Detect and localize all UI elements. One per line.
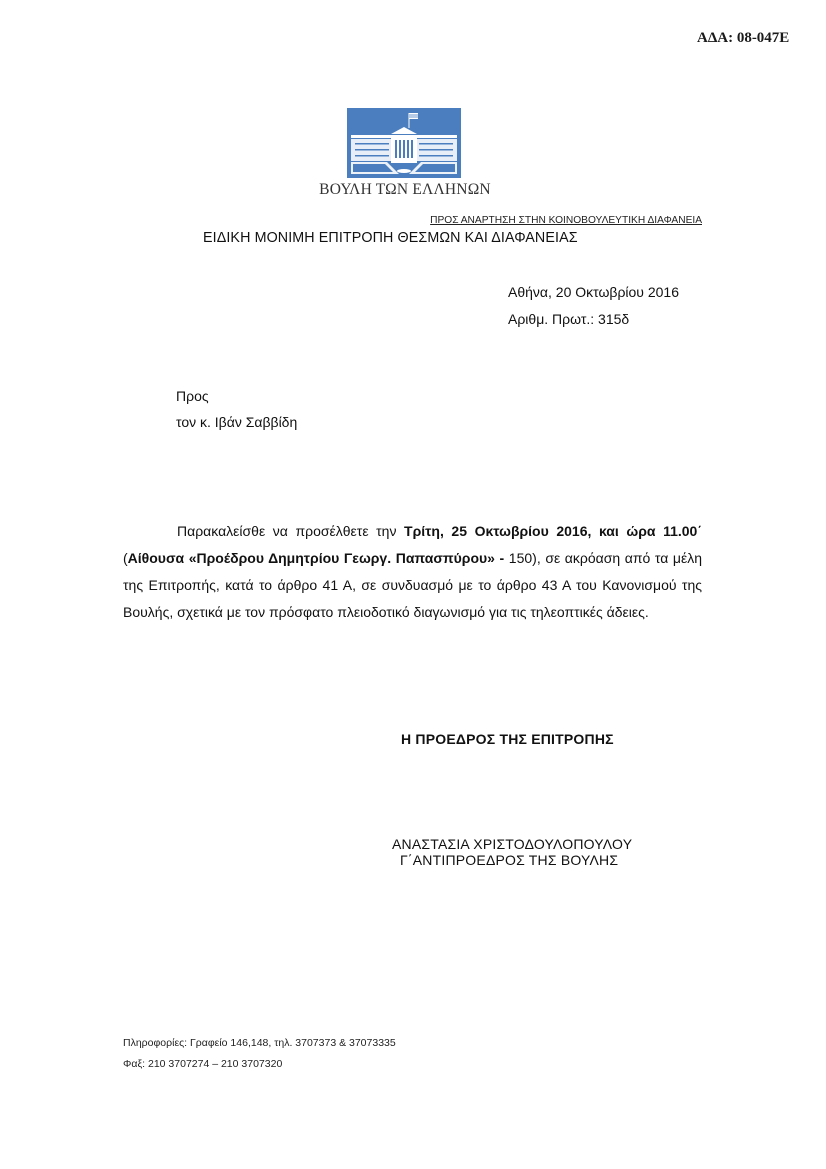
fax-info: Φαξ: 210 3707274 – 210 3707320 [123,1058,282,1070]
protocol-number: Αριθμ. Πρωτ.: 315δ [508,311,629,327]
recipient-label: Προς [176,388,209,404]
posting-note: ΠΡΟΣ ΑΝΑΡΤΗΣΗ ΣΤΗΝ ΚΟΙΝΟΒΟΥΛΕΥΤΙΚΗ ΔΙΑΦΑ… [380,215,702,226]
logo-caption: ΒΟΥΛΗ ΤΩΝ ΕΛΛΗΝΩΝ [310,181,500,199]
recipient-name: τον κ. Ιβάν Σαββίδη [176,414,297,430]
contact-info: Πληροφορίες: Γραφείο 146,148, τηλ. 37073… [123,1037,396,1049]
meeting-datetime: Τρίτη, 25 Οκτωβρίου 2016, και ώρα 11.00΄ [404,523,702,539]
signatory-role: Γ΄ΑΝΤΙΠΡΟΕΔΡΟΣ ΤΗΣ ΒΟΥΛΗΣ [400,852,618,868]
ada-code: ΑΔΑ: 08-047Ε [697,30,789,47]
body-text-1: Παρακαλείσθε να προσέλθετε την [177,523,404,539]
meeting-room: Αίθουσα «Προέδρου Δημητρίου Γεωργ. Παπασ… [128,550,505,566]
signatory-name: ΑΝΑΣΤΑΣΙΑ ΧΡΙΣΤΟΔΟΥΛΟΠΟΥΛΟΥ [392,836,632,852]
letter-body: Παρακαλείσθε να προσέλθετε την Τρίτη, 25… [123,518,702,626]
committee-title: ΕΙΔΙΚΗ ΜΟΝΙΜΗ ΕΠΙΤΡΟΠΗ ΘΕΣΜΩΝ ΚΑΙ ΔΙΑΦΑΝ… [203,230,578,246]
hellenic-parliament-building-icon [347,108,461,178]
signature-title: Η ΠΡΟΕΔΡΟΣ ΤΗΣ ΕΠΙΤΡΟΠΗΣ [401,731,614,747]
document-date: Αθήνα, 20 Οκτωβρίου 2016 [508,284,679,300]
